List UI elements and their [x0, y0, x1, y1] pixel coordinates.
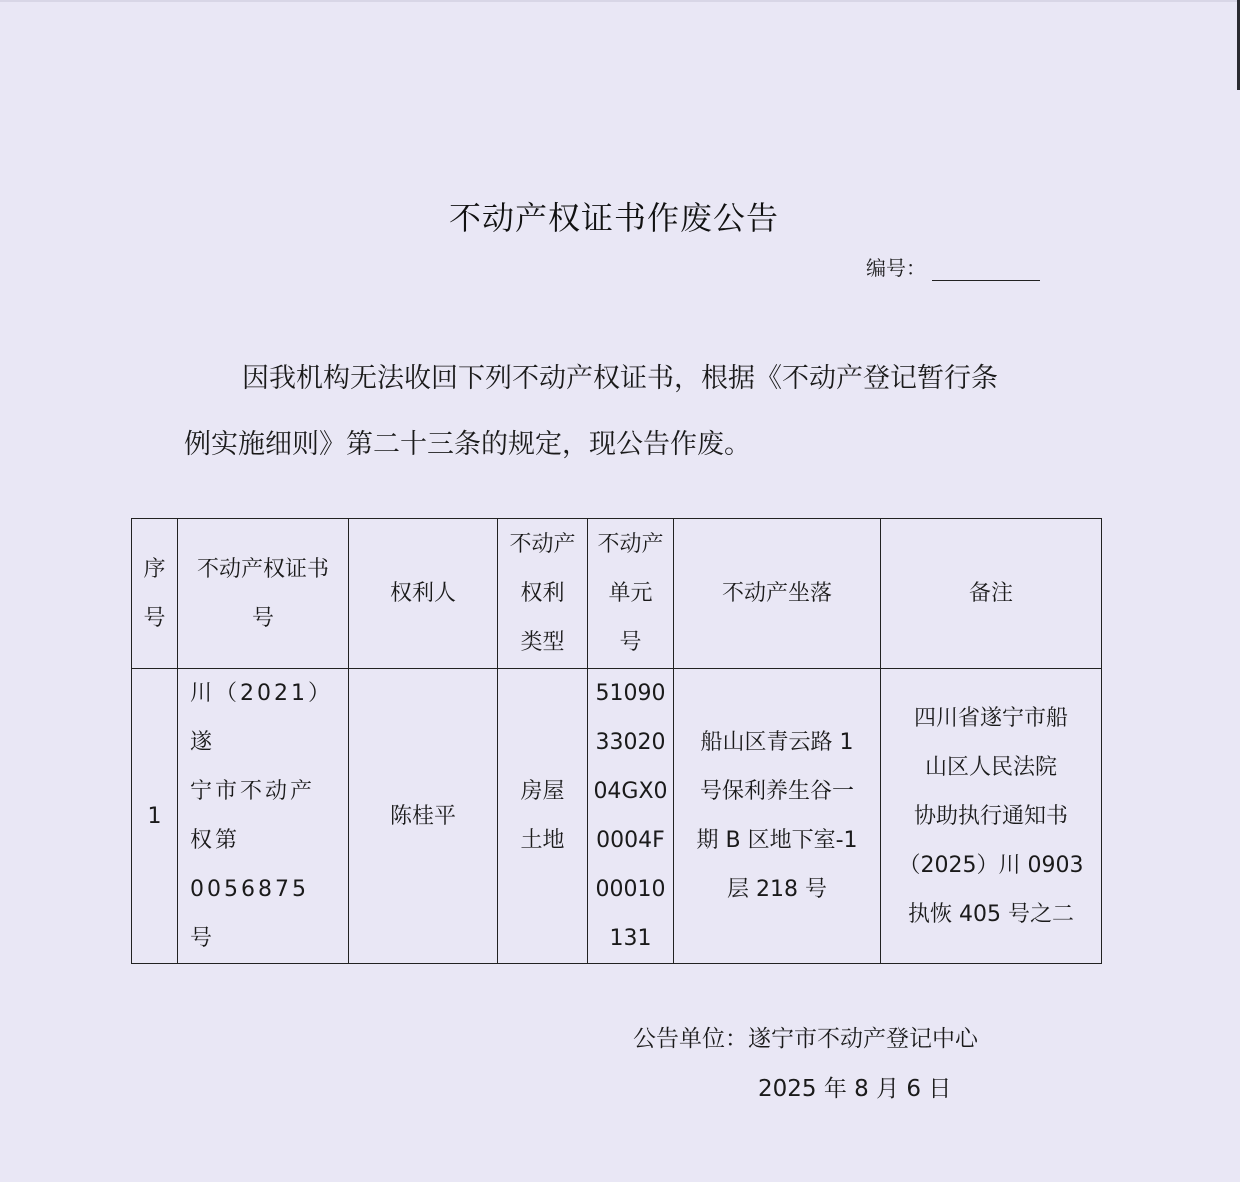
- header-unit-no: 不动产 单元 号: [588, 519, 674, 669]
- cell-unit-no: 51090 33020 04GX0 0004F 00010 131: [588, 669, 674, 964]
- paragraph-line-1: 因我机构无法收回下列不动产权证书，根据《不动产登记暂行条: [242, 363, 998, 394]
- cell-cert-no: 川（2021）遂 宁市不动产 权第 0056875 号: [178, 669, 349, 964]
- serial-number: 编号：: [866, 252, 1040, 281]
- header-location: 不动产坐落: [674, 519, 881, 669]
- header-cert-no: 不动产权证书 号: [178, 519, 349, 669]
- table-header-row: 序 号 不动产权证书 号 权利人 不动产 权利 类型 不动产 单元 号 不动产坐…: [132, 519, 1102, 669]
- header-holder: 权利人: [349, 519, 498, 669]
- scan-edge-top: [0, 0, 1240, 2]
- header-index: 序 号: [132, 519, 178, 669]
- header-remark: 备注: [881, 519, 1102, 669]
- serial-label: 编号：: [866, 256, 926, 280]
- table-row: 1 川（2021）遂 宁市不动产 权第 0056875 号 陈桂平 房屋 土地 …: [132, 669, 1102, 964]
- issuing-unit: 公告单位：遂宁市不动产登记中心: [633, 1020, 978, 1053]
- certificate-table: 序 号 不动产权证书 号 权利人 不动产 权利 类型 不动产 单元 号 不动产坐…: [131, 518, 1102, 964]
- document-title: 不动产权证书作废公告: [0, 193, 1228, 239]
- paragraph-line-2: 例实施细则》第二十三条的规定，现公告作废。: [184, 429, 751, 460]
- notice-paragraph: 因我机构无法收回下列不动产权证书，根据《不动产登记暂行条 例实施细则》第二十三条…: [184, 346, 1064, 478]
- serial-blank: [932, 260, 1040, 281]
- cell-holder: 陈桂平: [349, 669, 498, 964]
- cell-remark: 四川省遂宁市船 山区人民法院 协助执行通知书 （2025）川 0903 执恢 4…: [881, 669, 1102, 964]
- cell-location: 船山区青云路 1 号保利养生谷一 期 B 区地下室-1 层 218 号: [674, 669, 881, 964]
- header-right-type: 不动产 权利 类型: [498, 519, 588, 669]
- cell-right-type: 房屋 土地: [498, 669, 588, 964]
- cell-index: 1: [132, 669, 178, 964]
- issue-date: 2025 年 8 月 6 日: [758, 1070, 951, 1103]
